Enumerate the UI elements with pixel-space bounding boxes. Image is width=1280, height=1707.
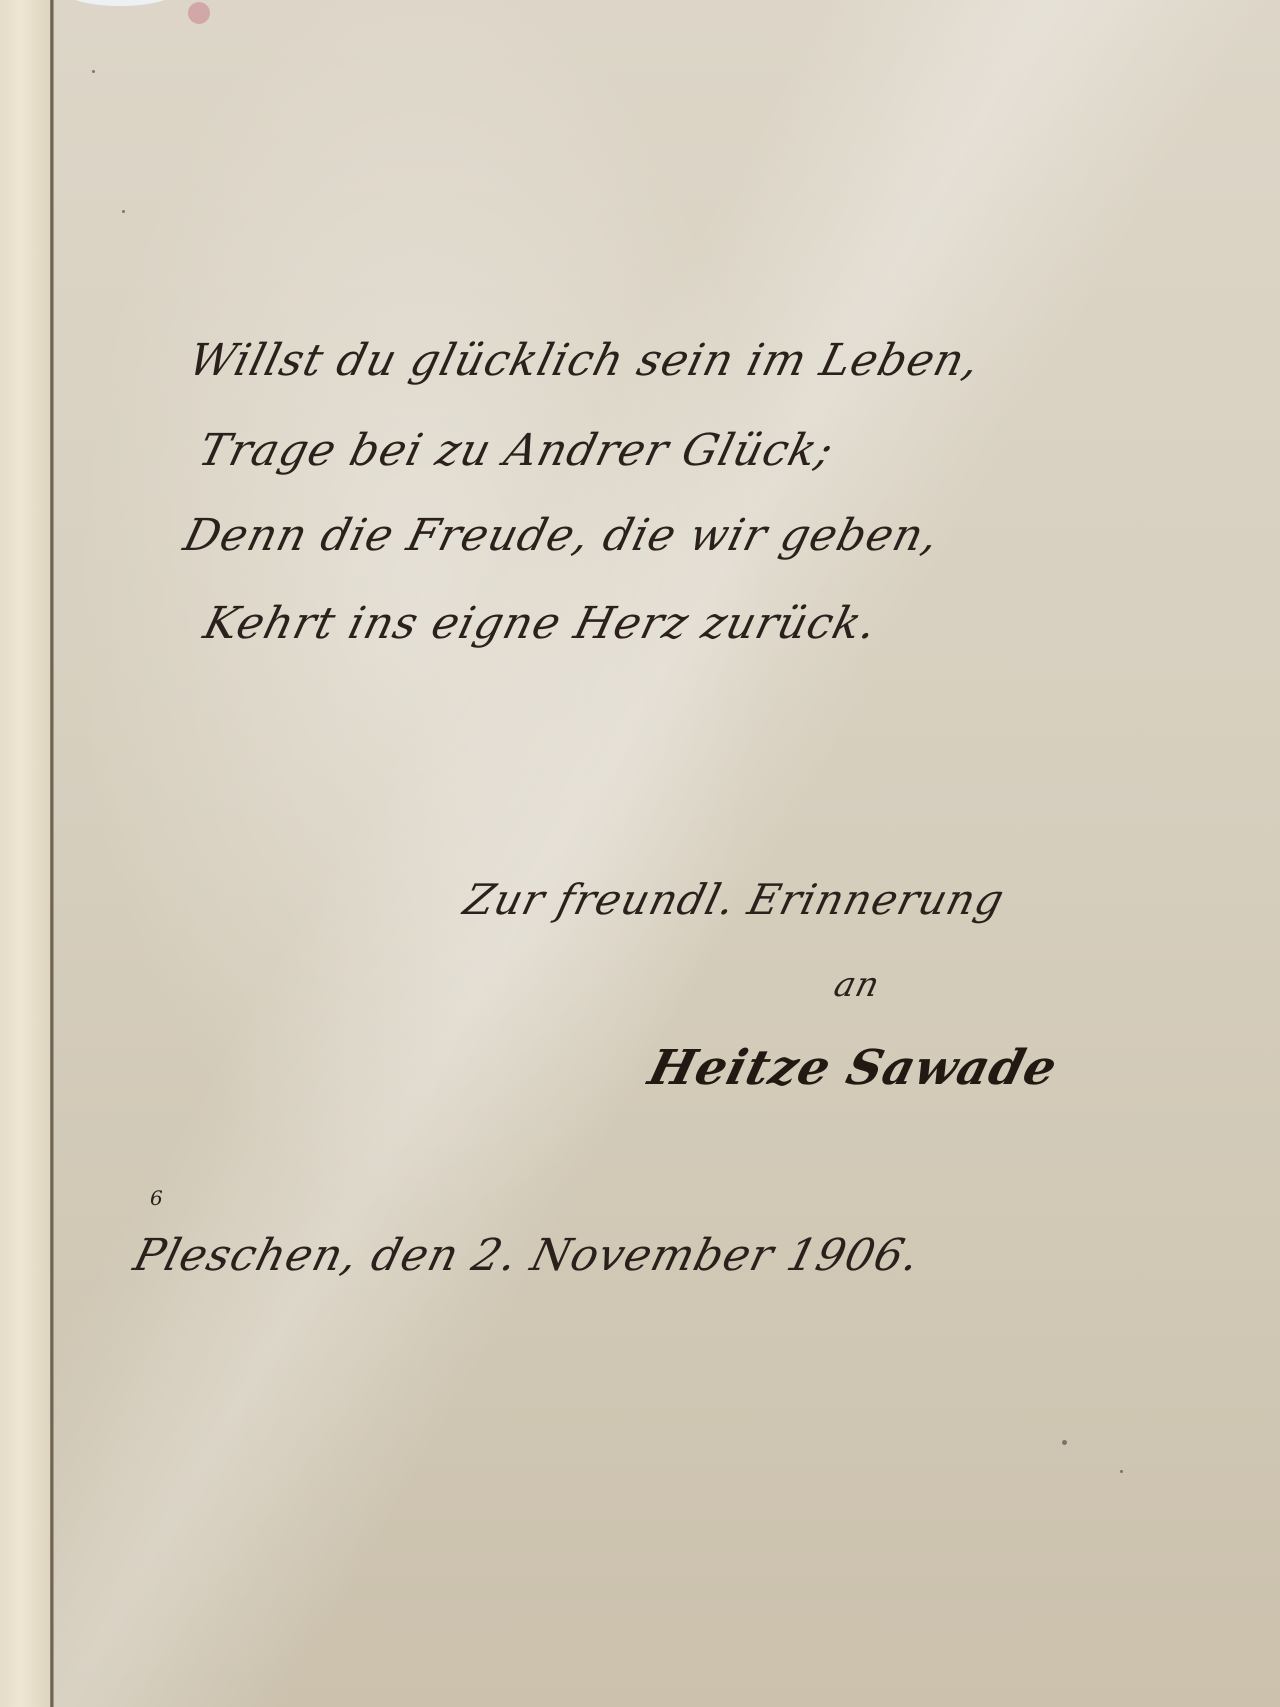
- poem-line-2: Trage bei zu Andrer Glück;: [194, 425, 839, 476]
- date-line: Pleschen, den 2. November 1906.: [129, 1230, 926, 1281]
- paper-speck: [122, 210, 125, 213]
- paper-stain: [188, 2, 210, 24]
- poem-line-3: Denn die Freude, die wir geben,: [179, 510, 945, 561]
- poem-line-4: Kehrt ins eigne Herz zurück.: [199, 598, 883, 649]
- paper-speck: [92, 70, 95, 73]
- dedication-text: Zur freundl. Erinnerung: [459, 875, 1010, 924]
- facing-page-edge: [0, 0, 52, 1707]
- paper-speck: [1062, 1440, 1067, 1445]
- page-mark: 6: [150, 1186, 163, 1210]
- paper-speck: [1120, 1470, 1123, 1473]
- album-page: [54, 0, 1280, 1707]
- poem-line-1: Willst du glücklich sein im Leben,: [184, 335, 986, 386]
- signature: Heitze Sawade: [643, 1040, 1063, 1096]
